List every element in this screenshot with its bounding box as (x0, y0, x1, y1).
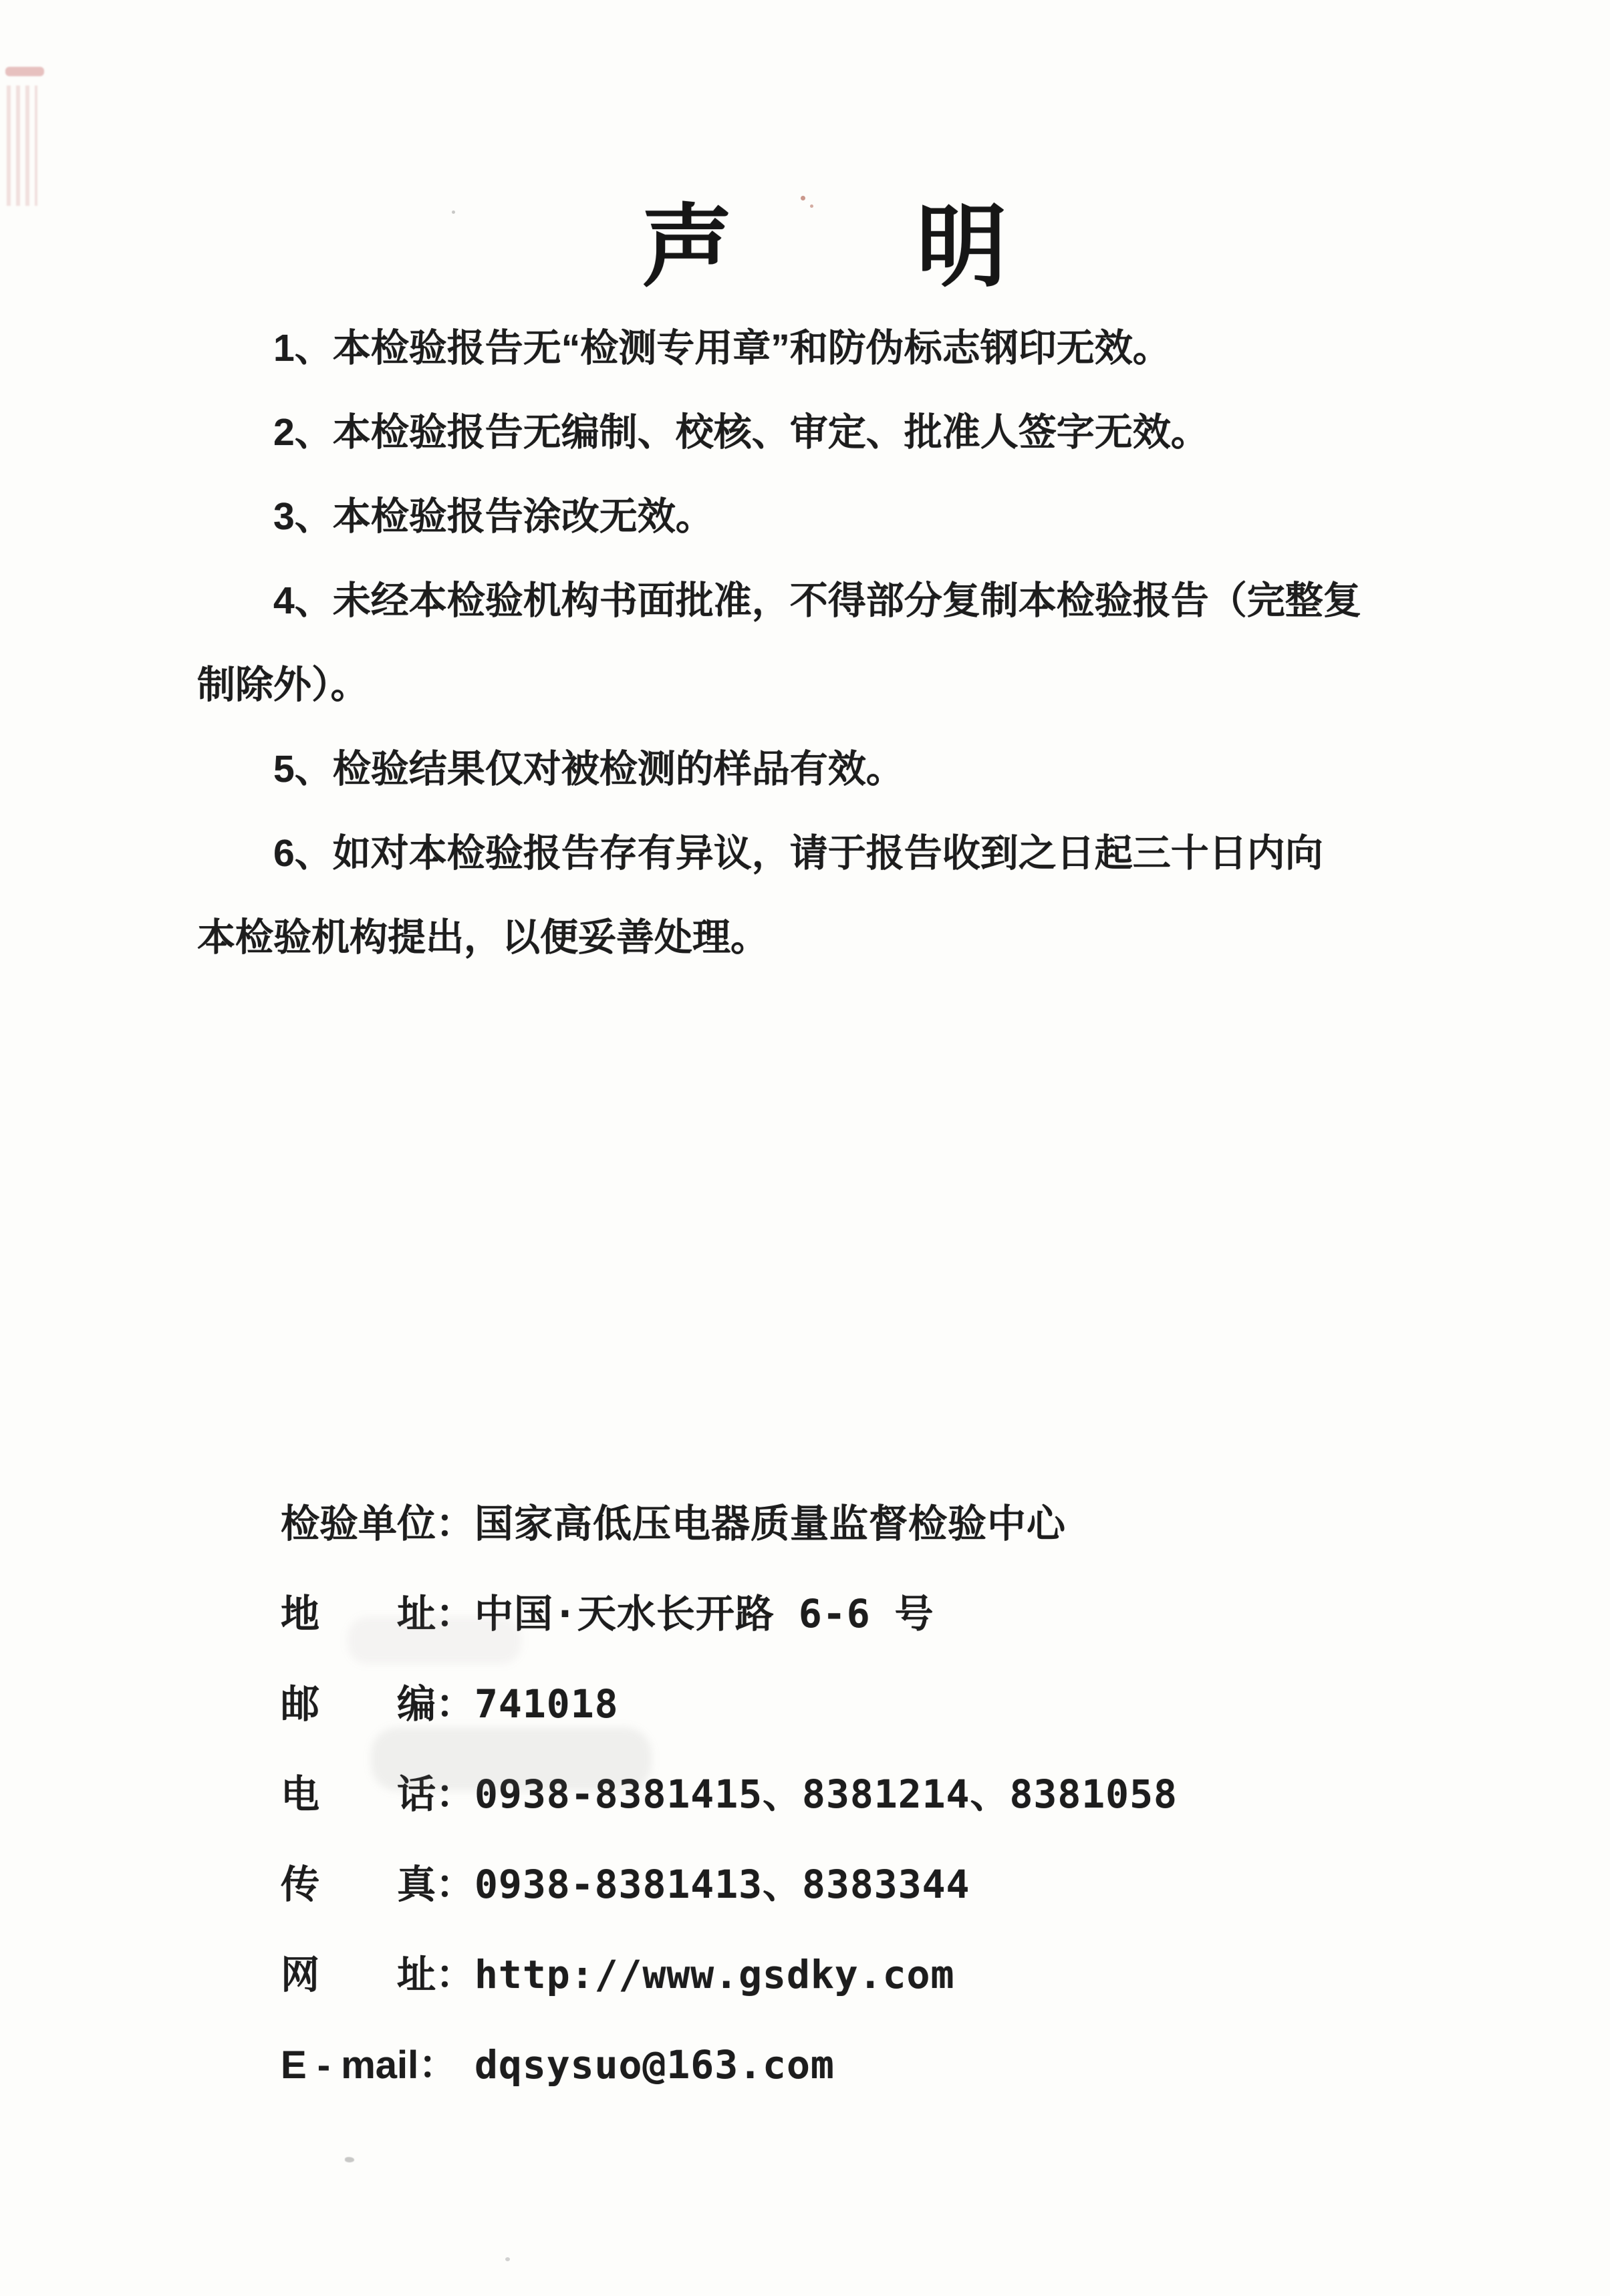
contact-label-fax: 传 真： (281, 1840, 475, 1930)
contact-value-email: dqsysuo@163.com (475, 2042, 835, 2088)
contact-row-address: 地 址：中国·天水长开路 6-6 号 (281, 1569, 1417, 1659)
statement-item-5: 5、检验结果仅对被检测的样品有效。 (197, 727, 1467, 811)
page-title: 声 明 (20, 194, 1610, 300)
scan-artifact-speck (345, 2157, 354, 2162)
contact-row-website: 网 址：http://www.gsdky.com (281, 1930, 1417, 2020)
contact-value-phone: 0938-8381415、8381214、8381058 (475, 1771, 1178, 1817)
contact-value-fax: 0938-8381413、8383344 (475, 1862, 970, 1907)
scan-artifact-red-streaks (7, 86, 37, 206)
contact-row-postcode: 邮 编：741018 (281, 1659, 1417, 1749)
contact-value-unit: 国家高低压电器质量监督检验中心 (475, 1501, 1066, 1546)
contact-row-fax: 传 真：0938-8381413、8383344 (281, 1840, 1417, 1930)
statement-item-4: 4、未经本检验机构书面批准，不得部分复制本检验报告（完整复 制除外）。 (197, 559, 1467, 727)
contact-label-address: 地 址： (281, 1569, 475, 1659)
statement-item-3: 3、本检验报告涂改无效。 (197, 474, 1467, 559)
contact-label-email: E - mail： (281, 2020, 475, 2110)
contact-label-phone: 电 话： (281, 1749, 475, 1840)
contact-label-unit: 检验单位： (281, 1479, 475, 1569)
statement-body: 1、本检验报告无“检测专用章”和防伪标志钢印无效。 2、本检验报告无编制、校核、… (197, 306, 1467, 980)
contact-value-website: http://www.gsdky.com (475, 1952, 954, 1997)
contact-row-email: E - mail：dqsysuo@163.com (281, 2020, 1417, 2110)
statement-item-6: 6、如对本检验报告存有异议，请于报告收到之日起三十日内向 本检验机构提出，以便妥… (197, 811, 1467, 980)
contact-row-unit: 检验单位：国家高低压电器质量监督检验中心 (281, 1479, 1417, 1569)
statement-item-1: 1、本检验报告无“检测专用章”和防伪标志钢印无效。 (197, 306, 1467, 390)
statement-page: 声 明 1、本检验报告无“检测专用章”和防伪标志钢印无效。 2、本检验报告无编制… (0, 0, 1610, 2296)
scan-artifact-red-dash (5, 67, 44, 76)
contact-label-postcode: 邮 编： (281, 1659, 475, 1749)
contact-label-website: 网 址： (281, 1930, 475, 2020)
contact-row-phone: 电 话：0938-8381415、8381214、8381058 (281, 1749, 1417, 1840)
contact-block: 检验单位：国家高低压电器质量监督检验中心 地 址：中国·天水长开路 6-6 号 … (281, 1479, 1417, 2110)
scan-artifact-speck (505, 2257, 510, 2261)
statement-item-2: 2、本检验报告无编制、校核、审定、批准人签字无效。 (197, 390, 1467, 474)
contact-value-address: 中国·天水长开路 6-6 号 (475, 1591, 934, 1636)
contact-value-postcode: 741018 (475, 1681, 619, 1727)
